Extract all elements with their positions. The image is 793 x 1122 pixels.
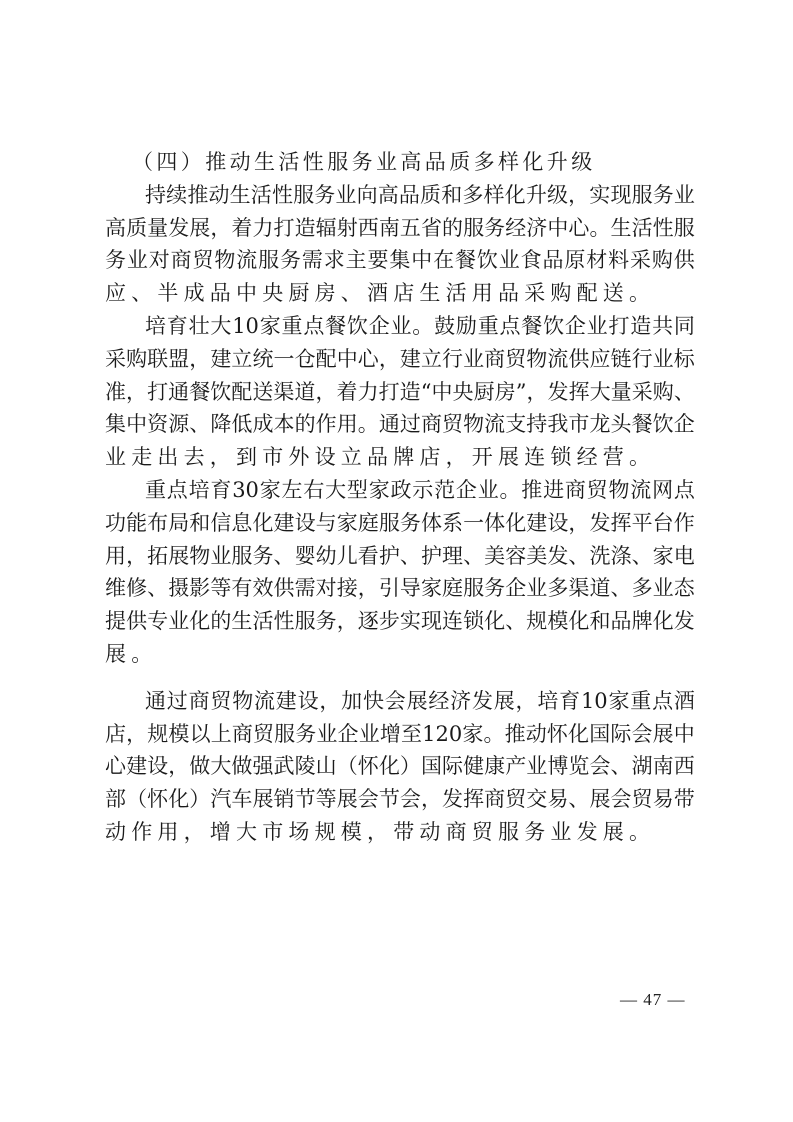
paragraph-line: 提供专业化的生活性服务，逐步实现连锁化、规模化和品牌化发 bbox=[105, 605, 695, 638]
paragraph-line: 心建设，做大做强武陵山（怀化）国际健康产业博览会、湖南西 bbox=[105, 750, 695, 783]
paragraph-line: 应、半成品中央厨房、酒店生活用品采购配送。 bbox=[105, 277, 695, 310]
paragraph-1: 持续推动生活性服务业向高品质和多样化升级，实现服务业 高质量发展，着力打造辐射西… bbox=[105, 179, 695, 310]
paragraph-2: 培育壮大10家重点餐饮企业。鼓励重点餐饮企业打造共同 采购联盟，建立统一仓配中心… bbox=[105, 310, 695, 474]
paragraph-line: 通过商贸物流建设，加快会展经济发展，培育10家重点酒 bbox=[105, 685, 695, 718]
paragraph-line: 持续推动生活性服务业向高品质和多样化升级，实现服务业 bbox=[105, 179, 695, 212]
paragraph-line: 重点培育30家左右大型家政示范企业。推进商贸物流网点 bbox=[105, 474, 695, 507]
paragraph-line: 维修、摄影等有效供需对接，引导家庭服务企业多渠道、多业态 bbox=[105, 572, 695, 605]
paragraph-line: 用，拓展物业服务、婴幼儿看护、护理、美容美发、洗涤、家电 bbox=[105, 540, 695, 573]
section-heading: （四）推动生活性服务业高品质多样化升级 bbox=[105, 146, 695, 179]
paragraph-spacer bbox=[105, 671, 695, 685]
paragraph-line: 高质量发展，着力打造辐射西南五省的服务经济中心。生活性服 bbox=[105, 212, 695, 245]
paragraph-4: 通过商贸物流建设，加快会展经济发展，培育10家重点酒 店，规模以上商贸服务业企业… bbox=[105, 685, 695, 849]
paragraph-line: 功能布局和信息化建设与家庭服务体系一体化建设，发挥平台作 bbox=[105, 507, 695, 540]
paragraph-3: 重点培育30家左右大型家政示范企业。推进商贸物流网点 功能布局和信息化建设与家庭… bbox=[105, 474, 695, 671]
paragraph-line: 展。 bbox=[105, 638, 695, 671]
paragraph-line: 动作用，增大市场规模，带动商贸服务业发展。 bbox=[105, 816, 695, 849]
paragraph-line: 采购联盟，建立统一仓配中心，建立行业商贸物流供应链行业标 bbox=[105, 343, 695, 376]
page-content: （四）推动生活性服务业高品质多样化升级 持续推动生活性服务业向高品质和多样化升级… bbox=[105, 146, 695, 849]
paragraph-line: 店，规模以上商贸服务业企业增至120家。推动怀化国际会展中 bbox=[105, 718, 695, 751]
paragraph-line: 部（怀化）汽车展销节等展会节会，发挥商贸交易、展会贸易带 bbox=[105, 783, 695, 816]
page-number: — 47 — bbox=[620, 990, 686, 1010]
paragraph-line: 集中资源、降低成本的作用。通过商贸物流支持我市龙头餐饮企 bbox=[105, 408, 695, 441]
paragraph-line: 培育壮大10家重点餐饮企业。鼓励重点餐饮企业打造共同 bbox=[105, 310, 695, 343]
paragraph-line: 准，打通餐饮配送渠道，着力打造“中央厨房”，发挥大量采购、 bbox=[105, 376, 695, 409]
document-page: （四）推动生活性服务业高品质多样化升级 持续推动生活性服务业向高品质和多样化升级… bbox=[0, 0, 793, 1122]
paragraph-line: 业走出去，到市外设立品牌店，开展连锁经营。 bbox=[105, 441, 695, 474]
paragraph-line: 务业对商贸物流服务需求主要集中在餐饮业食品原材料采购供 bbox=[105, 244, 695, 277]
